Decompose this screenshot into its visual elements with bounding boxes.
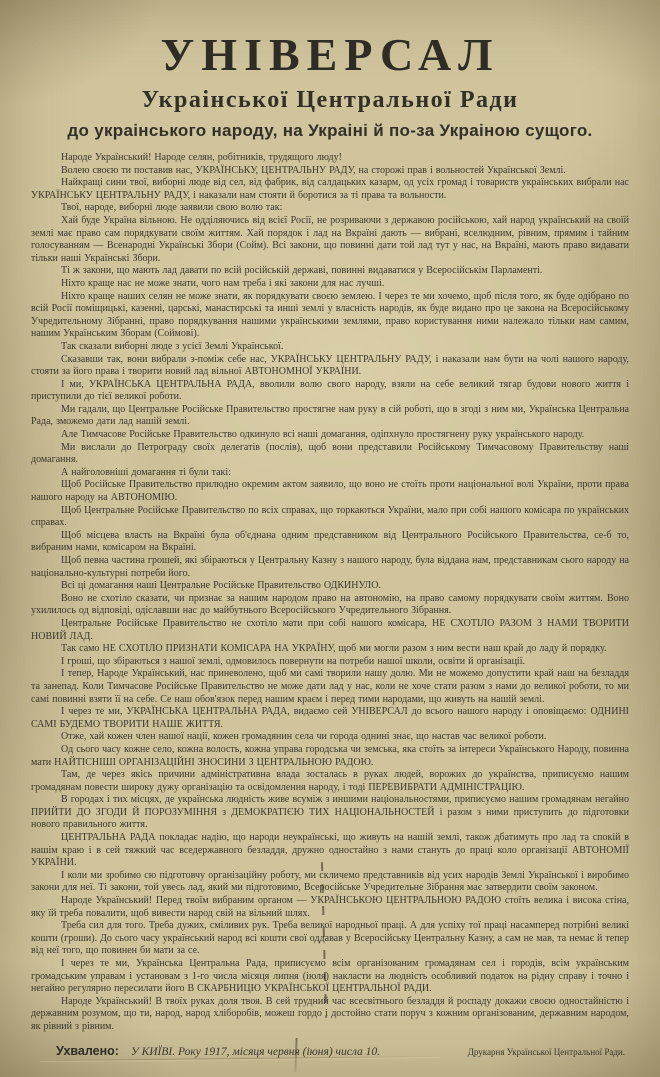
paragraph: ЦЕНТРАЛЬНА РАДА покладає надію, що народ…	[31, 832, 629, 870]
paragraph: Всі ці домагання наші Центральне Російсь…	[31, 580, 629, 593]
paragraph: Народе Український! Перед твоїм вибраним…	[31, 895, 629, 920]
paragraph: Волею своєю ти поставив нас, УКРАЇНСЬКУ,…	[31, 165, 629, 178]
paragraph: Хай буде Україна вільною. Не одділяючись…	[31, 215, 629, 265]
paragraph: Од сього часу кожне село, кожна волость,…	[31, 744, 629, 769]
paragraph: А найголовніші домагання ті були такі:	[31, 467, 629, 480]
paragraph: Ми вислали до Петрограду своїх делегатів…	[31, 442, 629, 467]
paragraph: Ми гадали, що Центральне Російське Прави…	[31, 404, 629, 429]
adopted-label: Ухвалено:	[56, 1044, 119, 1058]
paragraph: Так само НЕ СХОТІЛО ПРИЗНАТИ КОМІСАРА НА…	[31, 643, 629, 656]
paragraph: Щоб Російське Правительство прилюдно окр…	[31, 479, 629, 504]
paragraph: Найкращі сини твої, виборні люде від сел…	[31, 177, 629, 202]
appeal-line: до украінського народу, на Украіні й по-…	[31, 121, 629, 141]
paragraph: Воно не схотіло сказати, чи признає за н…	[31, 593, 629, 618]
paragraph: І через те ми, Українська Центральна Рад…	[31, 958, 629, 996]
paragraph: Отже, хай кожен член нашої нації, кожен …	[31, 731, 629, 744]
paragraph: Щоб Центральне Російське Правительство п…	[31, 505, 629, 530]
paragraph: Щоб місцева власть на Вкраїні була об'єд…	[31, 530, 629, 555]
subtitle: Украінської Центральної Ради	[31, 87, 629, 114]
document-body: Народе Український! Народе селян, робітн…	[31, 152, 629, 1034]
paragraph: Треба сил для того. Треба дужих, сміливи…	[31, 920, 629, 958]
paragraph: Твої, народе, виборні люде заявили свою …	[31, 202, 629, 215]
paragraph: Так сказали виборні люде з усієї Землі У…	[31, 341, 629, 354]
paragraph: В городах і тих місцях, де українська лю…	[31, 794, 629, 832]
paragraph: Ніхто краще нас не може знати, чого нам …	[31, 278, 629, 291]
paragraph: І через те ми, УКРАЇНСЬКА ЦЕНТРАЛЬНА РАД…	[31, 706, 629, 731]
paragraph: Ті ж закони, що мають лад давати по всій…	[31, 265, 629, 278]
paragraph: Щоб певна частина грошей, які збіраються…	[31, 555, 629, 580]
paragraph: Сказавши так, вони вибрали з-поміж себе …	[31, 354, 629, 379]
paragraph: Але Тимчасове Російське Правительство од…	[31, 429, 629, 442]
page-title: УНІВЕРСАЛ	[31, 30, 629, 80]
paragraph: Народе Український! Народе селян, робітн…	[31, 152, 629, 165]
paragraph: Народе Український! В твоїх руках доля т…	[31, 996, 629, 1034]
document-content: УНІВЕРСАЛ Украінської Центральної Ради д…	[31, 24, 629, 1034]
paragraph: Там, де через якісь причини адміністрати…	[31, 769, 629, 794]
paragraph: І гроші, що збіраються з нашої землі, од…	[31, 656, 629, 669]
paragraph: І коли ми зробимо сю підготовчу організа…	[31, 870, 629, 895]
printer-name: Друкарня Української Центральної Ради.	[468, 1047, 627, 1057]
paragraph: Центральне Російське Правительство не сх…	[31, 618, 629, 643]
universal-poster: УНІВЕРСАЛ Украінської Центральної Ради д…	[0, 0, 660, 1077]
paragraph: Ніхто краще наших селян не може знати, я…	[31, 291, 629, 341]
paragraph: І ми, УКРАЇНСЬКА ЦЕНТРАЛЬНА РАДА, вволил…	[31, 379, 629, 404]
paragraph: І тепер, Народе Український, нас принево…	[31, 668, 629, 706]
